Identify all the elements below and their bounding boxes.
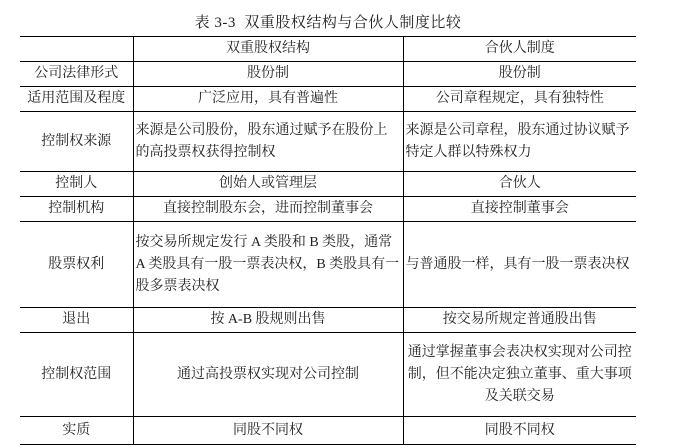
dual-structure-cell: 按 A-B 股规则出售 xyxy=(133,308,403,333)
header-dual-structure: 双重股权结构 xyxy=(133,37,403,62)
document-page: 表 3-3 双重股权结构与合伙人制度比较 双重股权结构 合伙人制度 公司法律形式… xyxy=(0,0,674,448)
dual-structure-cell: 同股不同权 xyxy=(133,417,403,445)
row-label-cell: 适用范围及程度 xyxy=(20,87,133,112)
partnership-cell: 合伙人 xyxy=(403,172,636,197)
row-label-cell: 控制机构 xyxy=(20,197,133,222)
table-row: 适用范围及程度 广泛应用，具有普遍性 公司章程规定，具有独特性 xyxy=(20,87,636,112)
table-header-row: 双重股权结构 合伙人制度 xyxy=(20,37,636,62)
table-row: 退出 按 A-B 股规则出售 按交易所规定普通股出售 xyxy=(20,308,636,333)
dual-structure-cell: 通过高投票权实现对公司控制 xyxy=(133,333,403,417)
dual-structure-cell: 广泛应用，具有普遍性 xyxy=(133,87,403,112)
dual-structure-cell: 创始人或管理层 xyxy=(133,172,403,197)
table-row: 控制人 创始人或管理层 合伙人 xyxy=(20,172,636,197)
row-label-cell: 退出 xyxy=(20,308,133,333)
header-partnership: 合伙人制度 xyxy=(403,37,636,62)
partnership-cell: 通过掌握董事会表决权实现对公司控制，但不能决定独立董事、重大事项及关联交易 xyxy=(403,333,636,417)
row-label-cell: 公司法律形式 xyxy=(20,62,133,87)
table-title: 表 3-3 双重股权结构与合伙人制度比较 xyxy=(20,11,636,32)
partnership-cell: 来源是公司章程，股东通过协议赋予特定人群以特殊权力 xyxy=(403,112,636,172)
table-row: 控制机构 直接控制股东会，进而控制董事会 直接控制董事会 xyxy=(20,197,636,222)
partnership-cell: 同股不同权 xyxy=(403,417,636,445)
dual-structure-cell: 按交易所规定发行 A 类股和 B 类股，通常 A 类股具有一股一票表决权，B 类… xyxy=(133,222,403,308)
row-label-cell: 控制权范围 xyxy=(20,333,133,417)
row-label-cell: 控制人 xyxy=(20,172,133,197)
dual-structure-cell: 股份制 xyxy=(133,62,403,87)
partnership-cell: 公司章程规定，具有独特性 xyxy=(403,87,636,112)
dual-structure-cell: 来源是公司股份，股东通过赋予在股份上的高投票权获得控制权 xyxy=(133,112,403,172)
table-row: 实质 同股不同权 同股不同权 xyxy=(20,417,636,445)
table-row: 股票权利 按交易所规定发行 A 类股和 B 类股，通常 A 类股具有一股一票表决… xyxy=(20,222,636,308)
table-row: 控制权来源 来源是公司股份，股东通过赋予在股份上的高投票权获得控制权 来源是公司… xyxy=(20,112,636,172)
table-row: 公司法律形式 股份制 股份制 xyxy=(20,62,636,87)
partnership-cell: 直接控制董事会 xyxy=(403,197,636,222)
header-blank-cell xyxy=(20,37,133,62)
row-label-cell: 控制权来源 xyxy=(20,112,133,172)
partnership-cell: 与普通股一样，具有一股一票表决权 xyxy=(403,222,636,308)
dual-structure-cell: 直接控制股东会，进而控制董事会 xyxy=(133,197,403,222)
comparison-table: 双重股权结构 合伙人制度 公司法律形式 股份制 股份制 适用范围及程度 广泛应用… xyxy=(20,36,636,445)
row-label-cell: 实质 xyxy=(20,417,133,445)
table-row: 控制权范围 通过高投票权实现对公司控制 通过掌握董事会表决权实现对公司控制，但不… xyxy=(20,333,636,417)
partnership-cell: 按交易所规定普通股出售 xyxy=(403,308,636,333)
row-label-cell: 股票权利 xyxy=(20,222,133,308)
partnership-cell: 股份制 xyxy=(403,62,636,87)
